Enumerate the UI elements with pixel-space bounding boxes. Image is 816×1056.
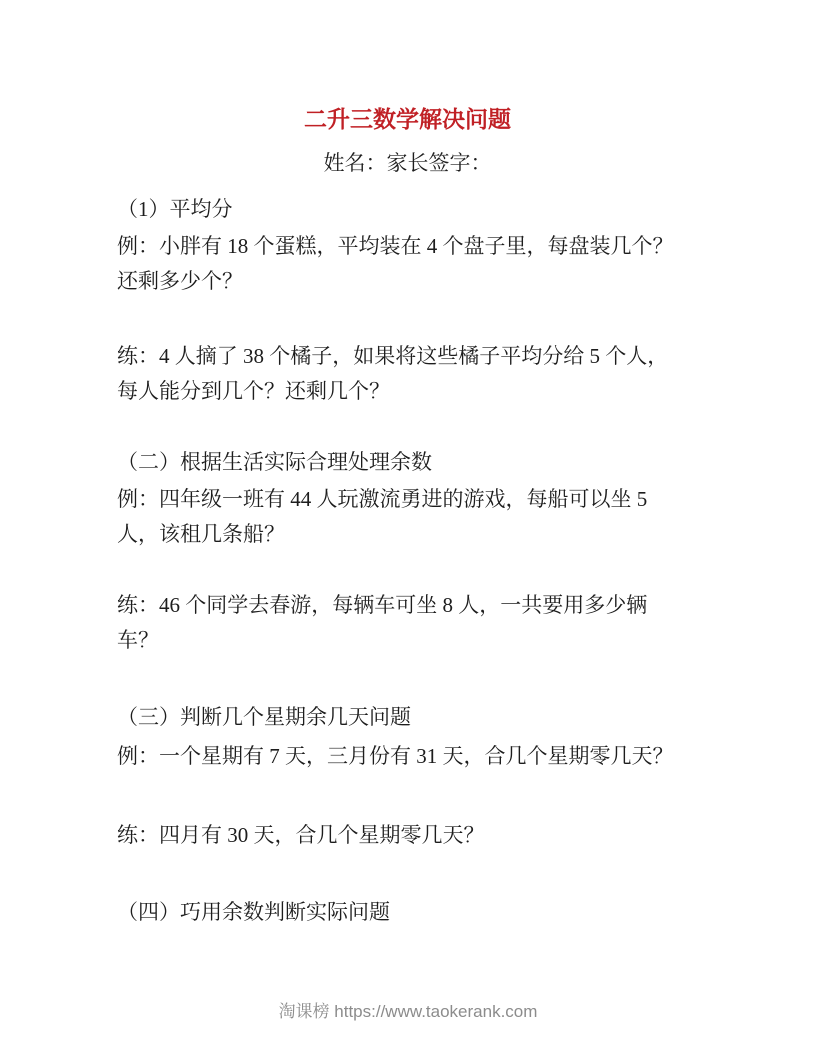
document-body: 二升三数学解决问题 姓名：家长签字： （1）平均分 例：小胖有 18 个蛋糕，平… [0, 105, 816, 930]
worksheet-page: 二升三数学解决问题 姓名：家长签字： （1）平均分 例：小胖有 18 个蛋糕，平… [0, 0, 816, 1056]
footer-credit: 淘课榜 https://www.taokerank.com [0, 1000, 816, 1024]
section-2-heading: （二）根据生活实际合理处理余数 [117, 445, 698, 480]
section-3-heading: （三）判断几个星期余几天问题 [117, 700, 698, 735]
section-3-practice: 练：四月有 30 天，合几个星期零几天？ [117, 818, 698, 853]
section-2-example: 例：四年级一班有 44 人玩激流勇进的游戏，每船可以坐 5 人，该租几条船？ [117, 482, 698, 552]
section-2-practice: 练：46 个同学去春游，每辆车可坐 8 人，一共要用多少辆 车？ [117, 588, 698, 658]
section-4-heading: （四）巧用余数判断实际问题 [117, 895, 698, 930]
page-title: 二升三数学解决问题 [117, 105, 698, 135]
section-1-heading: （1）平均分 [117, 192, 698, 227]
section-1-example: 例：小胖有 18 个蛋糕，平均装在 4 个盘子里，每盘装几个？ 还剩多少个？ [117, 229, 698, 299]
section-3-example: 例：一个星期有 7 天，三月份有 31 天，合几个星期零几天？ [117, 739, 698, 774]
section-1-practice: 练：4 人摘了 38 个橘子，如果将这些橘子平均分给 5 个人， 每人能分到几个… [117, 339, 698, 409]
name-signature-line: 姓名：家长签字： [117, 148, 698, 178]
